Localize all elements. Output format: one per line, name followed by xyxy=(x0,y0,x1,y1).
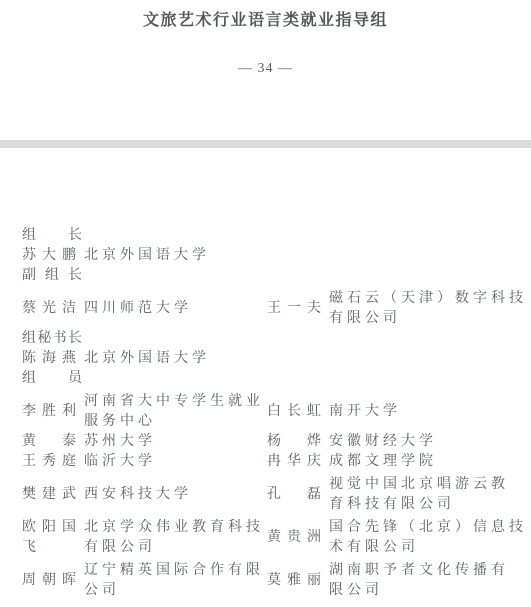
member-organization: 河南省大中专学生就业 服务中心 xyxy=(84,392,266,432)
roster-row: 李胜利河南省大中专学生就业 服务中心白长虹南开大学 xyxy=(22,392,527,432)
roster-heading: 组 员 xyxy=(22,369,82,389)
member-organization: 西安科技大学 xyxy=(84,485,266,505)
roster-row: 王秀庭临沂大学冉华庆成都文理学院 xyxy=(22,452,527,472)
member-organization: 安徽财经大学 xyxy=(329,432,529,452)
member-entry: 杨烨安徽财经大学 xyxy=(267,432,529,452)
member-organization: 视觉中国北京唱游云教 育科技有限公司 xyxy=(329,475,529,515)
member-name: 苏大鹏 xyxy=(22,246,76,266)
member-entry: 苏大鹏北京外国语大学 xyxy=(22,246,267,266)
member-entry: 黄贵洲国合先锋（北京）信息技 术有限公司 xyxy=(267,518,529,558)
page-number: — 34 — xyxy=(0,61,531,77)
member-entry: 白长虹南开大学 xyxy=(267,402,529,422)
roster-row: 黄泰苏州大学杨烨安徽财经大学 xyxy=(22,432,527,452)
member-entry: 冉华庆成都文理学院 xyxy=(267,452,529,472)
document-viewer: 文旅艺术行业语言类就业指导组 — 34 — 组 长苏大鹏北京外国语大学副组长蔡光… xyxy=(0,0,531,607)
roster-row: 苏大鹏北京外国语大学 xyxy=(22,246,527,266)
member-name: 孔磊 xyxy=(267,485,321,505)
member-name: 白长虹 xyxy=(267,402,321,422)
member-entry: 蔡光洁四川师范大学 xyxy=(22,299,267,319)
member-entry: 樊建武西安科技大学 xyxy=(22,485,267,505)
member-name: 黄泰 xyxy=(22,432,76,452)
roster-heading: 组秘书长 xyxy=(22,329,82,349)
member-name: 黄贵洲 xyxy=(267,528,321,548)
member-name: 莫雅丽 xyxy=(267,571,321,591)
member-entry: 陈海燕北京外国语大学 xyxy=(22,349,267,369)
page-separator xyxy=(0,140,531,148)
member-entry: 王一夫磁石云（天津）数字科技 有限公司 xyxy=(267,289,529,329)
member-name: 杨烨 xyxy=(267,432,321,452)
member-organization: 成都文理学院 xyxy=(329,452,529,472)
member-organization: 苏州大学 xyxy=(84,432,266,452)
roster: 组 长苏大鹏北京外国语大学副组长蔡光洁四川师范大学王一夫磁石云（天津）数字科技 … xyxy=(22,226,527,601)
member-organization: 国合先锋（北京）信息技 术有限公司 xyxy=(329,518,529,558)
member-entry: 莫雅丽湖南职予者文化传播有 限公司 xyxy=(267,561,529,601)
member-name: 王秀庭 xyxy=(22,452,76,472)
member-name: 王一夫 xyxy=(267,299,321,319)
member-organization: 南开大学 xyxy=(329,402,529,422)
roster-heading: 组 长 xyxy=(22,226,82,246)
roster-row: 欧阳国飞北京学众伟业教育科技 有限公司黄贵洲国合先锋（北京）信息技 术有限公司 xyxy=(22,518,527,558)
roster-row: 樊建武西安科技大学孔磊视觉中国北京唱游云教 育科技有限公司 xyxy=(22,475,527,515)
member-entry: 黄泰苏州大学 xyxy=(22,432,267,452)
member-name: 陈海燕 xyxy=(22,349,76,369)
member-organization: 北京外国语大学 xyxy=(84,246,266,266)
member-organization: 临沂大学 xyxy=(84,452,266,472)
member-organization: 磁石云（天津）数字科技 有限公司 xyxy=(329,289,529,329)
member-organization: 北京外国语大学 xyxy=(84,349,266,369)
roster-row: 蔡光洁四川师范大学王一夫磁石云（天津）数字科技 有限公司 xyxy=(22,289,527,329)
member-name: 冉华庆 xyxy=(267,452,321,472)
member-name: 樊建武 xyxy=(22,485,76,505)
roster-row: 陈海燕北京外国语大学 xyxy=(22,349,527,369)
member-organization: 辽宁精英国际合作有限 公司 xyxy=(84,561,266,601)
member-entry: 欧阳国飞北京学众伟业教育科技 有限公司 xyxy=(22,518,267,558)
member-organization: 北京学众伟业教育科技 有限公司 xyxy=(84,518,266,558)
page-title: 文旅艺术行业语言类就业指导组 xyxy=(0,0,531,30)
member-name: 欧阳国飞 xyxy=(22,518,76,558)
member-entry: 孔磊视觉中国北京唱游云教 育科技有限公司 xyxy=(267,475,529,515)
member-name: 李胜利 xyxy=(22,402,76,422)
member-organization: 四川师范大学 xyxy=(84,299,266,319)
member-name: 周朝晖 xyxy=(22,571,76,591)
member-entry: 王秀庭临沂大学 xyxy=(22,452,267,472)
roster-heading: 副组长 xyxy=(22,266,82,286)
member-organization: 湖南职予者文化传播有 限公司 xyxy=(329,561,529,601)
roster-row: 周朝晖辽宁精英国际合作有限 公司莫雅丽湖南职予者文化传播有 限公司 xyxy=(22,561,527,601)
member-entry: 李胜利河南省大中专学生就业 服务中心 xyxy=(22,392,267,432)
member-name: 蔡光洁 xyxy=(22,299,76,319)
member-entry: 周朝晖辽宁精英国际合作有限 公司 xyxy=(22,561,267,601)
